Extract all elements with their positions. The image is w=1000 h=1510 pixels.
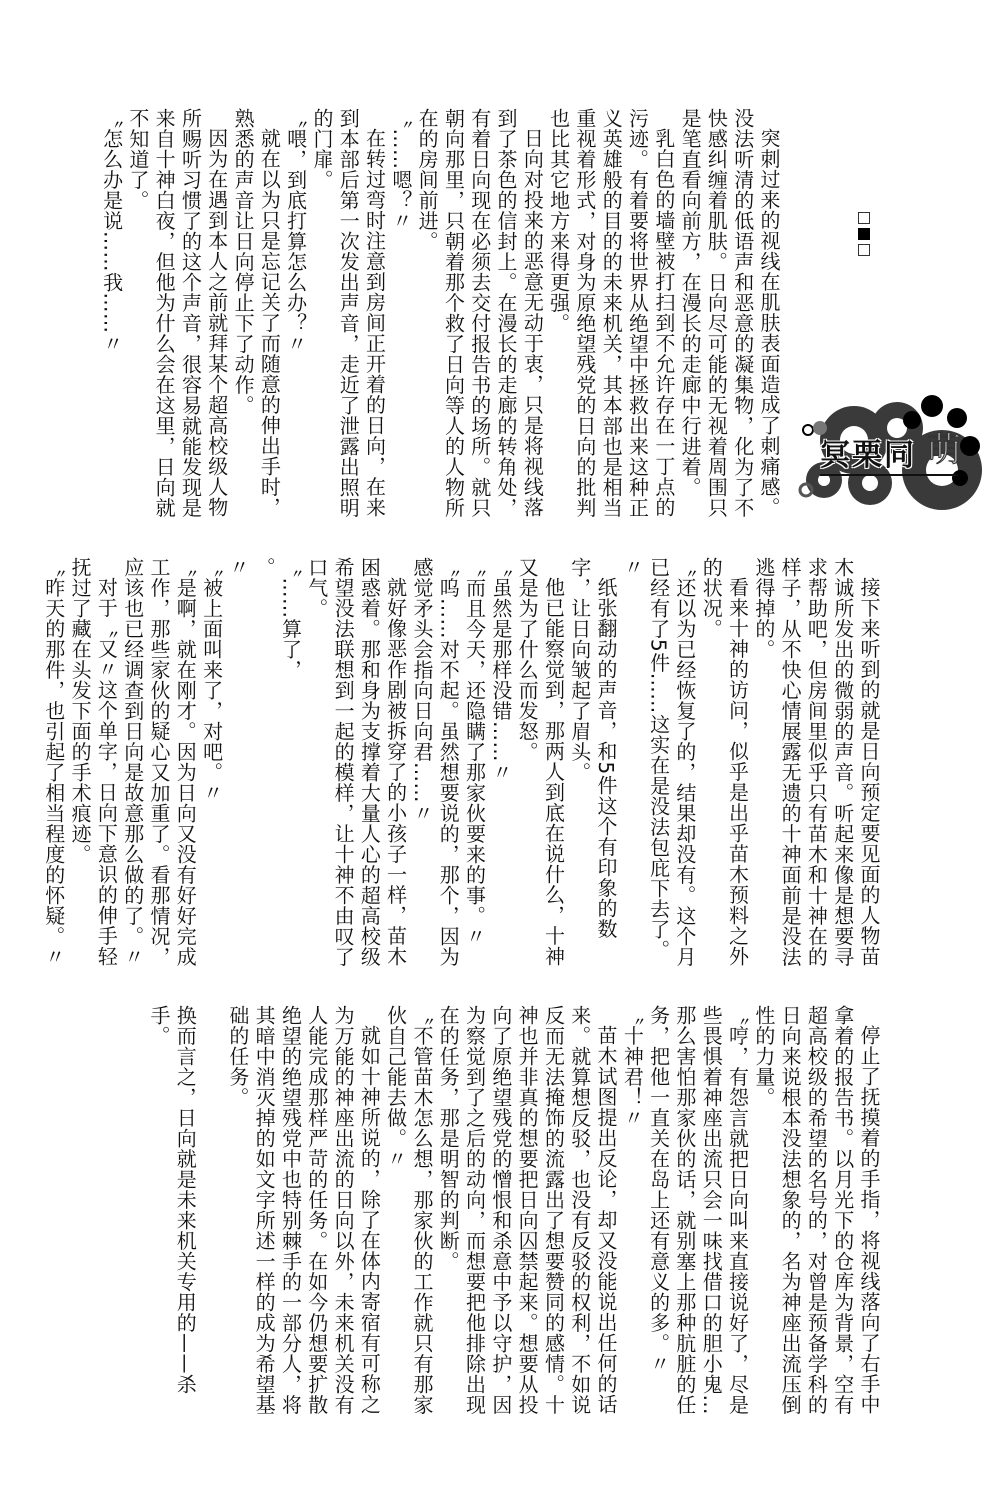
text-block-top: 突刺过来的视线在肌肤表面造成了刺痛感。没法听清的低语声和恶意的凝集物，化为了不快… xyxy=(62,108,782,518)
paragraph: 〝喂，到底打算怎么办？〃 xyxy=(282,108,308,518)
paragraph: 〝虽然是那样没错……〃 xyxy=(488,557,514,967)
paragraph: 对于〝又〃这个单字，日向下意识的伸手轻抚过了藏在头发下面的手术痕迹。 xyxy=(67,557,120,967)
paragraph: 〃 xyxy=(225,557,251,967)
paragraph: 纸张翻动的声音，和5件这个有印象的数字，让日向皱起了眉头。 xyxy=(566,557,619,967)
paragraph: 就在以为只是忘记关了而随意的伸出手时，熟悉的声音让日向停止下了动作。 xyxy=(230,108,283,518)
logo-text: 冥栗同 xyxy=(820,430,916,474)
paragraph: 就好像恶作剧被拆穿了的小孩子一样，苗木困惑着。那和身为支撑着大量人心的超高校级希… xyxy=(303,557,408,967)
paragraph: 在转过弯时注意到房间正开着的日向，在来到本部后第一次发出声音，走近了泄露出照明的… xyxy=(309,108,388,518)
paragraph: 〝不管苗木怎么想，那家伙的工作就只有那家伙自己能去做。〃 xyxy=(382,1005,435,1415)
paragraph: 就如十神所说的，除了在体内寄宿有可称之为万能的神座出流的日向以外，未来机关没有人… xyxy=(225,1005,383,1415)
paragraph: 〝哼，有怨言就把日向叫来直接说好了，尽是些畏惧着神座出流只会一味找借口的胆小鬼…… xyxy=(645,1005,750,1415)
paragraph: 苗木试图提出反论，却又没能说出任何的话来。就算想反驳，也没有反驳的权利，不如说反… xyxy=(435,1005,619,1415)
paragraph: 没法听清的低语声和恶意的凝集物，化为了不快感纠缠着肌肤。日向尽可能的无视着周围只… xyxy=(677,108,756,518)
text-block-bottom: 停止了抚摸着的手指，将视线落向了右手中拿着的报告书。以月光下的仓库为背景，空有超… xyxy=(142,1005,882,1415)
section-break-mark xyxy=(857,212,871,256)
hollow-square-icon xyxy=(858,244,870,256)
paragraph: 看来十神的访问，似乎是出乎苗木预料之外的状况。 xyxy=(698,557,751,967)
paragraph: 〝呜……对不起。虽然想要说的，那个，因为感觉矛头会指向日向君……〃 xyxy=(409,557,462,967)
paragraph: 乳白色的墙壁被打扫到不允许存在一丁点的污迹。有着要将世界从绝望中拯救出来这种正义… xyxy=(545,108,676,518)
filled-square-icon xyxy=(858,228,870,240)
text-block-middle: 接下来听到的就是日向预定要见面的人物苗木诚所发出的微弱的声音。听起来像是想要寻求… xyxy=(62,557,882,967)
hollow-square-icon xyxy=(858,212,870,224)
paragraph: 他已能察觉到，那两人到底在说什么，十神又是为了什么而发怒。 xyxy=(514,557,567,967)
translation-group-logo: 冥栗同 萌 xyxy=(792,388,992,513)
paragraph: 突刺过来的视线在肌肤表面造成了刺痛感。 xyxy=(756,108,782,518)
paragraph: 〝昨天的那件，也引起了相当程度的怀疑。〃 xyxy=(41,557,67,967)
logo-underline xyxy=(820,474,958,476)
paragraph: 〝是啊，就在刚才。因为日向又没有好好完成工作，那些家伙的疑心又加重了。看那情况，… xyxy=(119,557,198,967)
paragraph: 〝十神君！〃 xyxy=(619,1005,645,1415)
paragraph: 〝还以为已经恢复了的，结果却没有。这个月已经有了5件……这实在是没法包庇下去了。… xyxy=(619,557,698,967)
paragraph: 停止了抚摸着的手指，将视线落向了右手中拿着的报告书。以月光下的仓库为背景，空有超… xyxy=(751,1005,882,1415)
paragraph: 。 xyxy=(251,557,277,967)
paragraph: 〝……算了， xyxy=(277,557,303,967)
paragraph: 日向对投来的恶意无动于衷，只是将视线落到了茶色的信封上。在漫长的走廊的转角处，有… xyxy=(414,108,545,518)
paragraph: 因为在遇到本人之前就拜某个超高校级人物所赐听习惯了的这个声音，很容易就能发现是来… xyxy=(125,108,230,518)
paragraph: 〝怎么办是说……我……〃 xyxy=(98,108,124,518)
logo-accent: 萌 xyxy=(927,422,961,471)
paragraph: 〝被上面叫来了，对吧。〃 xyxy=(198,557,224,967)
paragraph: 接下来听到的就是日向预定要见面的人物苗木诚所发出的微弱的声音。听起来像是想要寻求… xyxy=(751,557,882,967)
paragraph: 〝而且今天，还隐瞒了那家伙要来的事。〃 xyxy=(461,557,487,967)
paragraph: 〝……嗯？〃 xyxy=(388,108,414,518)
paragraph: 换而言之，日向就是未来机关专用的——杀手。 xyxy=(146,1005,199,1415)
